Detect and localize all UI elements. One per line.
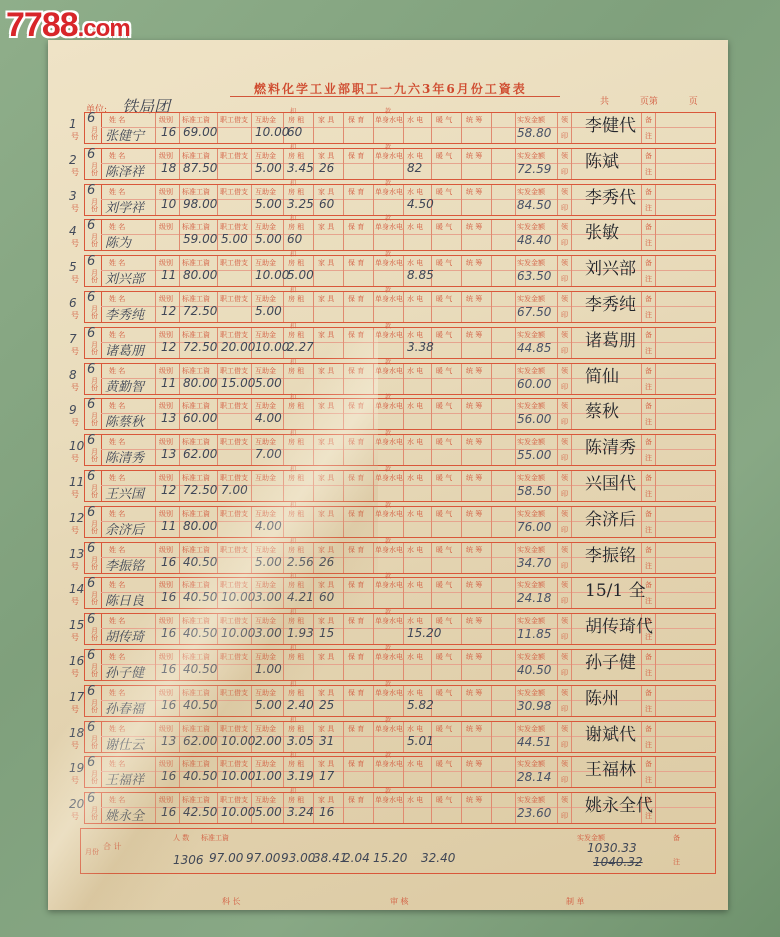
document-title: 燃料化学工业部职工一九六3年6月份工資表 [254, 80, 527, 97]
row-seq: 8 [69, 368, 77, 382]
grade-value: 16 [161, 555, 176, 569]
furniture-header: 家 具 [318, 437, 334, 448]
employee-name: 谢仕云 [105, 734, 144, 753]
mutual-aid-value: 5.00 [255, 161, 282, 175]
std-wage-value: 80.00 [183, 519, 217, 533]
month-label: 月份 [91, 199, 99, 213]
ticket-header: 统 筹 [466, 115, 482, 126]
payroll-row: 7 号 6 月份 姓 名 级别 标准工資 扣 款 职工借支 互助金 房 租 家 … [84, 327, 716, 359]
grid-line [373, 614, 374, 644]
seal-label: 印 [561, 167, 568, 177]
grid-line [655, 328, 656, 358]
grid-line [655, 722, 656, 752]
receive-label: 领 [561, 258, 568, 268]
grid-line [491, 578, 492, 608]
month-label: 月份 [91, 771, 99, 785]
grade-value: 16 [161, 805, 176, 819]
furniture-value: 25 [319, 698, 334, 712]
grid-line [641, 435, 642, 465]
paid-amount-value: 11.85 [517, 627, 551, 641]
std-wage-value: 40.50 [183, 698, 217, 712]
grid-line [491, 256, 492, 286]
row-seq: 6 [69, 296, 77, 310]
single-utilities-header: 单身水电 [375, 545, 403, 556]
grade-value: 16 [161, 626, 176, 640]
std-wage-value: 87.50 [183, 161, 217, 175]
month-value: 6 [87, 505, 95, 520]
payroll-row: 8 号 6 月份 姓 名 级别 标准工資 扣 款 职工借支 互助金 房 租 家 … [84, 363, 716, 395]
grid-line [403, 185, 404, 215]
kuan-section-label: 款 [385, 679, 391, 688]
grid-line [461, 328, 462, 358]
month-value: 6 [87, 254, 95, 269]
grid-line [461, 507, 462, 537]
grid-line [641, 757, 642, 787]
grid-line [655, 185, 656, 215]
grid-line [571, 149, 572, 179]
rent-value: 3.45 [287, 161, 314, 175]
grid-line [491, 364, 492, 394]
grade-header: 级别 [159, 222, 173, 233]
grid-line [461, 757, 462, 787]
month-cell: 6 月份 [85, 328, 102, 358]
grid-line [557, 686, 558, 716]
grid-line [179, 793, 180, 823]
grid-line [655, 292, 656, 322]
grid-line [571, 185, 572, 215]
other-deduction-value: 15.20 [407, 626, 441, 640]
grade-value: 13 [161, 411, 176, 425]
grid-line [461, 292, 462, 322]
grid-line [313, 292, 314, 322]
std-total: 97.00 [209, 851, 243, 865]
grid-line [313, 507, 314, 537]
ticket-header: 统 筹 [466, 616, 482, 627]
grid-line [155, 471, 156, 501]
paid-amount-value: 56.00 [517, 412, 551, 426]
grid-line [155, 650, 156, 680]
grid-line [179, 578, 180, 608]
mutual-aid-value: 5.00 [255, 555, 282, 569]
std-wage-value: 40.50 [183, 626, 217, 640]
grid-line [179, 471, 180, 501]
grid-line [155, 149, 156, 179]
paid-amount-header: 实发金额 [517, 366, 545, 376]
grid-line [461, 543, 462, 573]
grid-line [641, 471, 642, 501]
deduct-section-label: 扣 [290, 571, 296, 580]
other-deduction-value: 8.85 [407, 268, 434, 282]
heating-header: 暖 气 [436, 759, 452, 770]
grid-line [155, 722, 156, 752]
mutual-aid-value: 10.00 [255, 268, 289, 282]
paid-amount-header: 实发金额 [517, 545, 545, 555]
grid-line [155, 399, 156, 429]
month-label: 月份 [91, 807, 99, 821]
grid-line [655, 113, 656, 143]
paid-amount-value: 67.50 [517, 305, 551, 319]
std-total-label: 标准工資 [201, 833, 229, 843]
grid-line [179, 650, 180, 680]
payroll-row: 2 号 6 月份 姓 名 级别 标准工資 扣 款 职工借支 互助金 房 租 家 … [84, 148, 716, 180]
grid-line [155, 757, 156, 787]
mutual-total: 93.00 [281, 851, 315, 865]
remark-label-bottom: 注 [645, 346, 652, 356]
month-value: 6 [87, 791, 95, 806]
seal-label: 印 [561, 131, 568, 141]
rent-value: 5.00 [287, 268, 314, 282]
single-utilities-header: 单身水电 [375, 401, 403, 412]
grade-value: 12 [161, 340, 176, 354]
grade-value: 18 [161, 161, 176, 175]
seal-label: 印 [561, 417, 568, 427]
grid-line [179, 185, 180, 215]
std-wage-value: 72.50 [183, 340, 217, 354]
paid-amount-header: 实发金额 [517, 759, 545, 769]
advance-total: 97.00 [246, 851, 280, 865]
grid-line [515, 757, 516, 787]
grid-line [403, 614, 404, 644]
grid-line [313, 435, 314, 465]
grid-line [641, 650, 642, 680]
remark-label-top: 备 [645, 258, 652, 268]
payroll-row: 9 号 6 月份 姓 名 级别 标准工資 扣 款 职工借支 互助金 房 租 家 … [84, 398, 716, 430]
rent-value: 4.21 [287, 590, 314, 604]
rent-header: 房 租 [288, 437, 304, 448]
deduct-section-label: 扣 [290, 321, 296, 330]
heating-header: 暖 气 [436, 366, 452, 377]
employee-name: 李秀纯 [105, 304, 144, 323]
remark-label-top: 备 [645, 115, 652, 125]
paid-amount-header: 实发金额 [517, 151, 545, 161]
employee-name: 陈泽祥 [105, 161, 144, 180]
furniture-header: 家 具 [318, 330, 334, 341]
mutual-aid-value: 1.00 [255, 662, 282, 676]
grid-line [403, 113, 404, 143]
grid-line [641, 113, 642, 143]
kuan-section-label: 款 [385, 500, 391, 509]
row-seq: 17 [69, 690, 84, 704]
kuan-section-label: 款 [385, 571, 391, 580]
grid-line [343, 220, 344, 250]
nursery-header: 保 育 [348, 294, 364, 305]
grid-line [313, 364, 314, 394]
kuan-section-label: 款 [385, 213, 391, 222]
mutual-aid-value: 3.00 [255, 626, 282, 640]
paid-amount-value: 76.00 [517, 520, 551, 534]
grid-line [313, 399, 314, 429]
remark-label-bottom: 注 [645, 453, 652, 463]
month-label: 月份 [91, 557, 99, 571]
grid-line [403, 399, 404, 429]
row-seq: 4 [69, 224, 77, 238]
month-label: 月份 [91, 664, 99, 678]
paid-amount-value: 60.00 [517, 377, 551, 391]
rent-value: 2.40 [287, 698, 314, 712]
furniture-value: 26 [319, 555, 334, 569]
water-elec-header: 水 电 [407, 294, 423, 305]
row-seq: 18 [69, 726, 84, 740]
grade-value: 10 [161, 197, 176, 211]
rent-value: 3.19 [287, 769, 314, 783]
kuan-section-label: 款 [385, 750, 391, 759]
nursery-header: 保 育 [348, 652, 364, 663]
grid-line [373, 328, 374, 358]
month-value: 6 [87, 612, 95, 627]
heating-header: 暖 气 [436, 187, 452, 198]
row-hao-label: 号 [71, 310, 79, 321]
single-utilities-header: 单身水电 [375, 795, 403, 806]
remark-label-top: 备 [645, 366, 652, 376]
grid-line [491, 113, 492, 143]
grid-line [641, 292, 642, 322]
water-elec-header: 水 电 [407, 366, 423, 377]
grid-line [431, 399, 432, 429]
ticket-header: 统 筹 [466, 473, 482, 484]
seal-label: 印 [561, 525, 568, 535]
furniture-value: 16 [319, 805, 334, 819]
signature: 兴国代 [585, 469, 636, 494]
kuan-section-label: 款 [385, 142, 391, 151]
seal-label: 印 [561, 238, 568, 248]
month-cell: 6 月份 [85, 578, 102, 608]
grid-line [515, 256, 516, 286]
rent-header: 房 租 [288, 366, 304, 377]
nursery-header: 保 育 [348, 222, 364, 233]
payroll-row: 1 号 6 月份 姓 名 级别 标准工資 扣 款 职工借支 互助金 房 租 家 … [84, 112, 716, 144]
single-utilities-header: 单身水电 [375, 366, 403, 377]
deduct-section-label: 扣 [290, 536, 296, 545]
month-cell: 6 月份 [85, 113, 102, 143]
paid-amount-value: 63.50 [517, 269, 551, 283]
row-hao-label: 号 [71, 346, 79, 357]
paid-amount-value: 28.14 [517, 770, 551, 784]
payroll-row: 6 号 6 月份 姓 名 级别 标准工資 扣 款 职工借支 互助金 房 租 家 … [84, 291, 716, 323]
grid-line [571, 471, 572, 501]
grid-line [283, 757, 284, 787]
paid-amount-header: 实发金额 [517, 401, 545, 411]
advance-value: 5.00 [221, 232, 248, 246]
advance-header: 职工借支 [220, 401, 248, 412]
grid-line [343, 543, 344, 573]
grid-line [571, 328, 572, 358]
grid-line [571, 757, 572, 787]
heating-header: 暖 气 [436, 151, 452, 162]
month-label: 月份 [91, 413, 99, 427]
std-wage-value: 69.00 [183, 125, 217, 139]
grid-line [373, 292, 374, 322]
payroll-row: 14 号 6 月份 姓 名 级别 标准工資 扣 款 职工借支 互助金 房 租 家… [84, 577, 716, 609]
signature: 谢斌代 [585, 720, 636, 745]
signature: 李振铭 [585, 541, 636, 566]
grid-line [515, 650, 516, 680]
remark-label-top: 备 [645, 401, 652, 411]
grid-line [431, 364, 432, 394]
grid-line [515, 471, 516, 501]
mutual-aid-value: 5.00 [255, 698, 282, 712]
grid-line [179, 328, 180, 358]
rent-value: 1.93 [287, 626, 314, 640]
grid-line [251, 185, 252, 215]
ticket-header: 统 筹 [466, 258, 482, 269]
nursery-total: 15.20 [373, 851, 407, 865]
row-hao-label: 号 [71, 704, 79, 715]
signature: 陈斌 [585, 147, 619, 172]
grid-line [491, 149, 492, 179]
grid-line [373, 364, 374, 394]
single-utilities-header: 单身水电 [375, 759, 403, 770]
month-cell: 6 月份 [85, 722, 102, 752]
payroll-row: 4 号 6 月份 姓 名 级别 标准工資 扣 款 职工借支 互助金 房 租 家 … [84, 219, 716, 251]
grid-line [403, 292, 404, 322]
grid-line [491, 220, 492, 250]
kuan-section-label: 款 [385, 607, 391, 616]
other-deduction-value: 5.82 [407, 698, 434, 712]
std-wage-value: 42.50 [183, 805, 217, 819]
other-deduction-value: 5.01 [407, 734, 434, 748]
grade-value: 11 [161, 376, 176, 390]
row-seq: 13 [69, 547, 84, 561]
deduct-section-label: 扣 [290, 786, 296, 795]
ticket-header: 统 筹 [466, 759, 482, 770]
other-deduction-value: 82 [407, 161, 422, 175]
grid-line [179, 292, 180, 322]
row-seq: 12 [69, 511, 84, 525]
remark-label-top: 备 [645, 759, 652, 769]
grid-line [491, 292, 492, 322]
grid-line [557, 256, 558, 286]
std-wage-value: 62.00 [183, 734, 217, 748]
remark-label-top: 备 [645, 688, 652, 698]
grid-line [557, 113, 558, 143]
heating-header: 暖 气 [436, 222, 452, 233]
grid-line [491, 543, 492, 573]
month-value: 6 [87, 218, 95, 233]
mutual-aid-value: 5.00 [255, 197, 282, 211]
grid-line [557, 399, 558, 429]
grid-line [557, 578, 558, 608]
furniture-value: 26 [319, 161, 334, 175]
row-seq: 20 [69, 797, 84, 811]
rent-value: 3.24 [287, 805, 314, 819]
paid-amount-header: 实发金额 [517, 616, 545, 626]
grid-line [155, 220, 156, 250]
month-value: 6 [87, 720, 95, 735]
employee-name: 姚永全 [105, 805, 144, 824]
grid-line [343, 793, 344, 823]
remark-label-bottom: 注 [645, 382, 652, 392]
row-hao-label: 号 [71, 382, 79, 393]
month-label: 月份 [91, 736, 99, 750]
grid-line [461, 471, 462, 501]
receive-label: 领 [561, 473, 568, 483]
grid-line [251, 435, 252, 465]
employee-name: 陈日良 [105, 590, 144, 609]
grid-line [491, 614, 492, 644]
grid-line [515, 614, 516, 644]
grid-line [403, 435, 404, 465]
advance-header: 职工借支 [220, 688, 248, 699]
heating-header: 暖 气 [436, 724, 452, 735]
advance-value: 20.00 [221, 340, 255, 354]
remark-label-top: 备 [645, 330, 652, 340]
grid-line [461, 435, 462, 465]
mutual-aid-value: 3.00 [255, 590, 282, 604]
signature: 孙子健 [585, 648, 636, 673]
month-cell: 6 月份 [85, 793, 102, 823]
single-utilities-header: 单身水电 [375, 187, 403, 198]
rent-value: 2.27 [287, 340, 314, 354]
row-hao-label: 号 [71, 668, 79, 679]
grid-line [155, 364, 156, 394]
row-seq: 1 [69, 117, 77, 131]
grid-line [313, 650, 314, 680]
payroll-row: 15 号 6 月份 姓 名 级别 标准工資 扣 款 职工借支 互助金 房 租 家… [84, 613, 716, 645]
grid-line [313, 220, 314, 250]
grid-line [491, 686, 492, 716]
grid-line [403, 686, 404, 716]
nursery-header: 保 育 [348, 759, 364, 770]
month-value: 6 [87, 147, 95, 162]
grid-line [655, 543, 656, 573]
grid-line [251, 507, 252, 537]
grid-line [655, 435, 656, 465]
grid-line [557, 614, 558, 644]
month-cell: 6 月份 [85, 650, 102, 680]
grid-line [251, 471, 252, 501]
rent-header: 房 租 [288, 509, 304, 520]
row-hao-label: 号 [71, 596, 79, 607]
grid-line [343, 650, 344, 680]
grid-line [655, 650, 656, 680]
row-seq: 15 [69, 618, 84, 632]
deduct-section-label: 扣 [290, 464, 296, 473]
nursery-header: 保 育 [348, 187, 364, 198]
ticket-header: 统 筹 [466, 724, 482, 735]
deduct-section-label: 扣 [290, 715, 296, 724]
grid-line [155, 614, 156, 644]
grid-line [557, 149, 558, 179]
row-hao-label: 号 [71, 131, 79, 142]
grid-line [641, 399, 642, 429]
grid-line [571, 113, 572, 143]
seal-label: 印 [561, 310, 568, 320]
grid-line [343, 578, 344, 608]
grid-line [155, 328, 156, 358]
nursery-header: 保 育 [348, 580, 364, 591]
grid-line [373, 757, 374, 787]
remark-label-top: 备 [645, 437, 652, 447]
payroll-row: 19 号 6 月份 姓 名 级别 标准工資 扣 款 职工借支 互助金 房 租 家… [84, 756, 716, 788]
ticket-header: 统 筹 [466, 580, 482, 591]
month-label: 月份 [91, 592, 99, 606]
grid-line [431, 220, 432, 250]
employee-name: 黄勤智 [105, 376, 144, 395]
remark-label-bottom: 注 [645, 131, 652, 141]
paid-amount-header: 实发金额 [517, 580, 545, 590]
grid-line [343, 256, 344, 286]
paid-amount-value: 84.50 [517, 198, 551, 212]
grid-line [283, 399, 284, 429]
nursery-header: 保 育 [348, 330, 364, 341]
nursery-header: 保 育 [348, 795, 364, 806]
receive-label: 领 [561, 222, 568, 232]
grid-line [491, 185, 492, 215]
grid-line [283, 686, 284, 716]
grid-line [343, 614, 344, 644]
remark-label-bottom: 注 [645, 596, 652, 606]
ticket-header: 统 筹 [466, 437, 482, 448]
